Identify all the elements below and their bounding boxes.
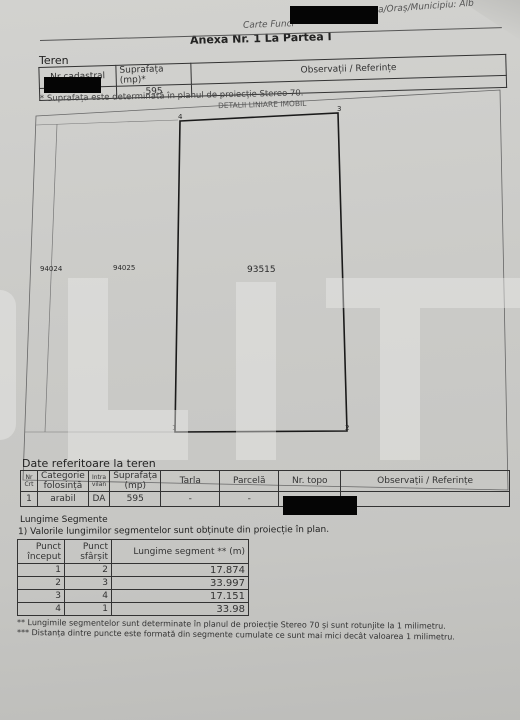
end-point: 2 <box>65 564 112 577</box>
date-teren-table: Nr Crt Categorie folosință Intra vilan S… <box>20 470 510 507</box>
suprafata-value: 595 <box>110 492 161 507</box>
start-point: 4 <box>18 603 65 616</box>
watermark-t-bar <box>326 278 520 308</box>
date-teren-title: Date referitoare la teren <box>22 457 156 470</box>
observatii-value <box>341 492 510 507</box>
point-4: 4 <box>178 113 182 121</box>
start-point: 3 <box>18 590 65 603</box>
watermark-t-stem <box>380 308 420 460</box>
tarla-value: - <box>161 492 220 507</box>
col-observatii: Observații / Referințe <box>341 471 510 492</box>
table-row: 1 arabil DA 595 - - <box>21 492 510 507</box>
end-point: 1 <box>65 603 112 616</box>
col-tarla: Tarla <box>161 471 220 492</box>
start-point: 2 <box>18 577 65 590</box>
point-2: 2 <box>345 424 349 432</box>
parcel-94024: 94024 <box>40 265 62 273</box>
nr-crt-value: 1 <box>21 492 38 507</box>
col-nr-topo: Nr. topo <box>279 471 341 492</box>
segment-length: 17.151 <box>112 590 249 603</box>
watermark-i <box>236 282 276 460</box>
col-punct-inceput: Punct început <box>18 540 65 564</box>
redacted-nr-topo <box>283 496 357 515</box>
end-point: 3 <box>65 577 112 590</box>
table-row: 2 3 33.997 <box>18 577 249 590</box>
parcel-93515: 93515 <box>247 265 276 275</box>
categorie-value: arabil <box>38 492 89 507</box>
table-row: 3 4 17.151 <box>18 590 249 603</box>
parcel-94025: 94025 <box>113 264 135 272</box>
table-row: 4 1 33.98 <box>18 603 249 616</box>
segmente-table: Punct început Punct sfârșit Lungime segm… <box>17 539 249 616</box>
table-row: 1 2 17.874 <box>18 564 249 577</box>
col-parcela: Parcelă <box>220 471 279 492</box>
segmente-title: Lungime Segmente <box>20 515 108 525</box>
segment-length: 17.874 <box>112 564 249 577</box>
point-3: 3 <box>337 105 341 113</box>
watermark-b <box>0 290 16 440</box>
watermark-l-foot <box>108 410 188 460</box>
end-point: 4 <box>65 590 112 603</box>
watermark-l <box>68 278 108 460</box>
parcela-value: - <box>220 492 279 507</box>
start-point: 1 <box>18 564 65 577</box>
col-suprafata: Suprafața (mp) <box>110 471 161 492</box>
col-lungime: Lungime segment ** (m) <box>112 540 249 564</box>
col-punct-sfarsit: Punct sfârșit <box>65 540 112 564</box>
col-categorie: Categorie folosință <box>38 471 89 492</box>
intravilan-value: DA <box>88 492 109 507</box>
segment-length: 33.98 <box>112 603 249 616</box>
document-sheet: a/Oraș/Municipiu: Alb Carte Funci Anexa … <box>0 0 520 720</box>
col-intravilan: Intra vilan <box>88 471 109 492</box>
col-nr-crt: Nr Crt <box>21 471 38 492</box>
segment-length: 33.997 <box>112 577 249 590</box>
